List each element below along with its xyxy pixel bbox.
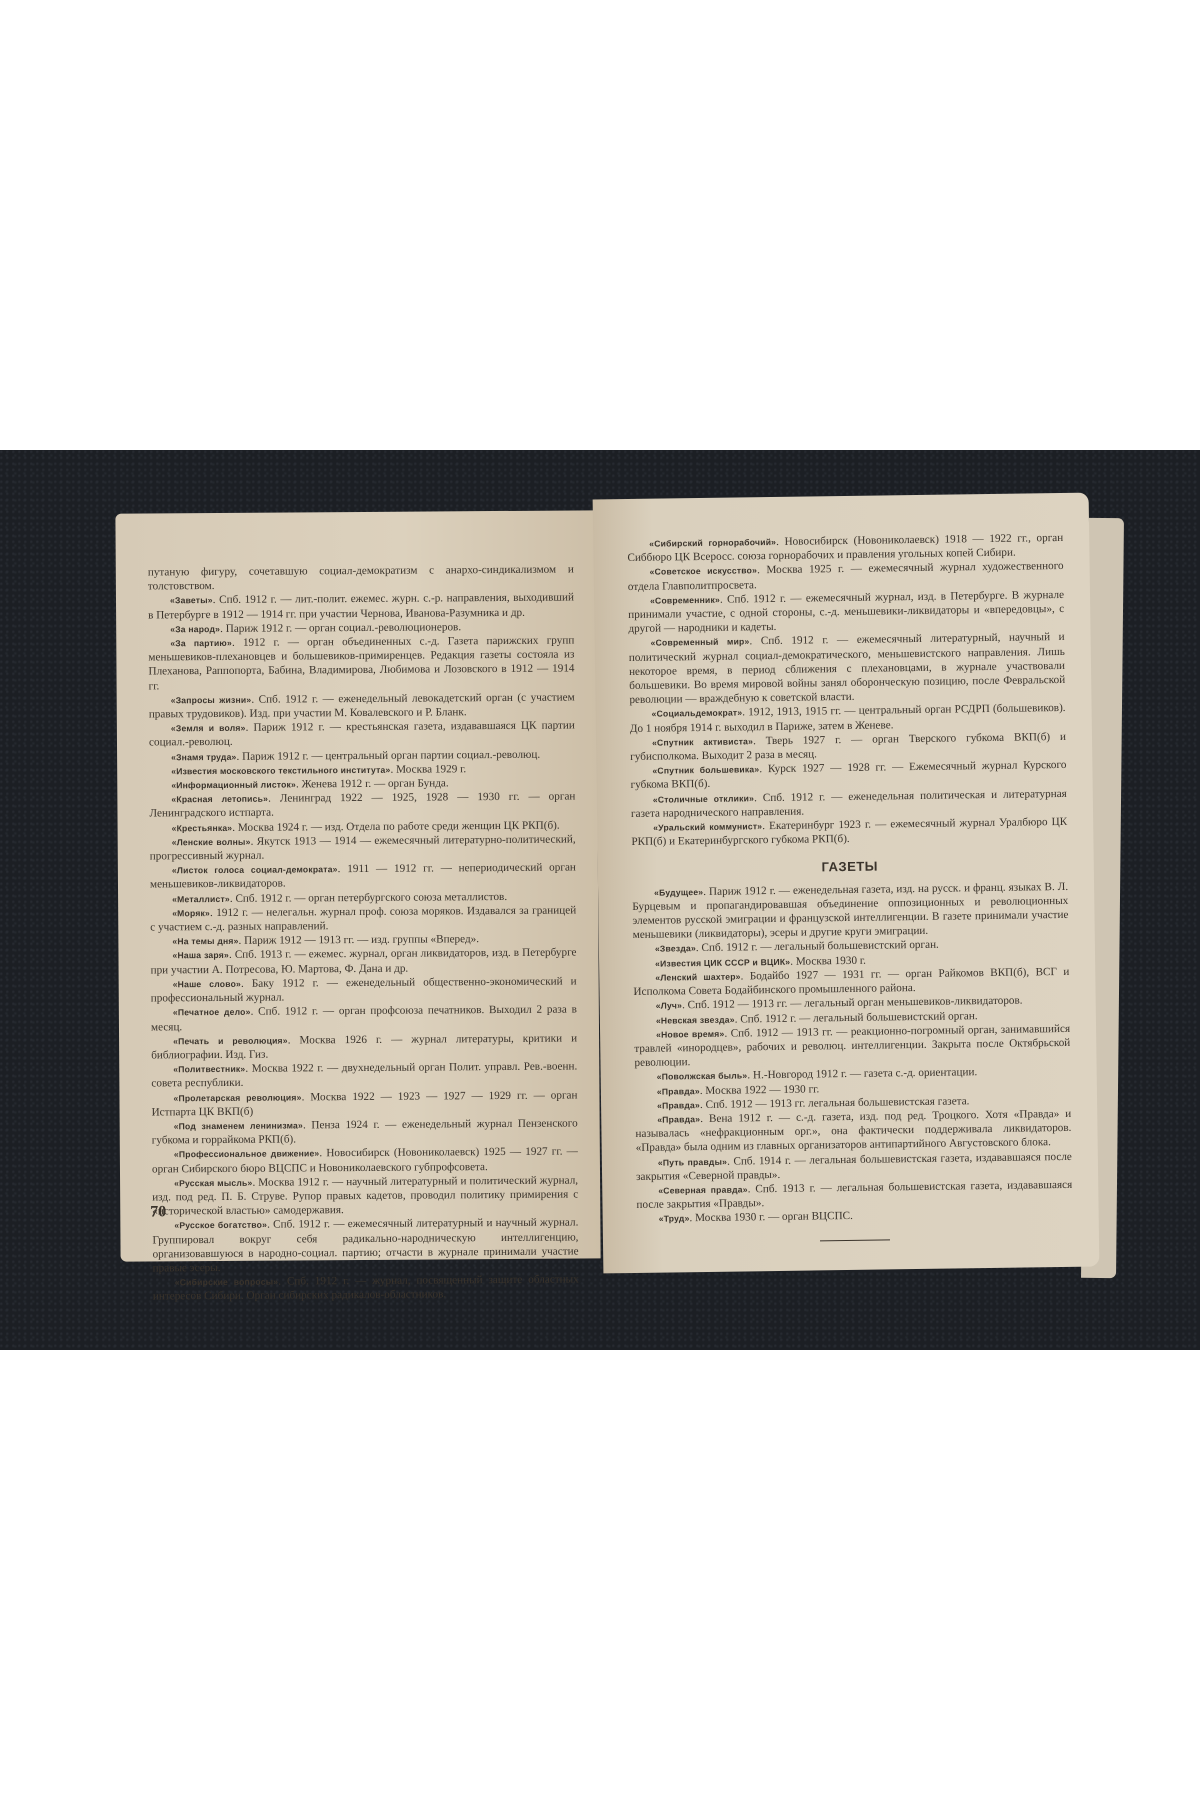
bibliography-entry: «Моряк». 1912 г. — нелегальн. журнал про… [150, 903, 576, 934]
entry-description: . Спб. 1912 г. — орган петербургского со… [230, 891, 507, 905]
entry-description: . Париж 1912 г. — орган социал.-революци… [220, 621, 461, 635]
bibliography-entry: «Наше слово». Баку 1912 г. — еженедельны… [151, 974, 577, 1005]
entry-title: «Земля и воля» [171, 723, 246, 734]
entry-title: «Спутник активиста» [652, 736, 753, 747]
entry-description: . Спб. 1912 г. — лит.-полит. ежемес. жур… [148, 592, 574, 621]
bibliography-entry: «Печать и революция». Москва 1926 г. — ж… [151, 1031, 577, 1062]
entry-title: «За народ» [170, 624, 220, 634]
entry-title: «Под знаменем ленинизма» [174, 1120, 303, 1131]
left-page: путаную фигуру, сочетавшую социал-демокр… [115, 510, 600, 1261]
page-number: 70 [150, 1203, 166, 1221]
bibliography-entry: «Сибирские вопросы». Спб. 1912 г. — журн… [153, 1273, 579, 1304]
entry-description: . Москва 1929 г. [390, 763, 466, 776]
entry-title: «Правда» [657, 1114, 700, 1125]
entry-title: «Труд» [659, 1214, 690, 1224]
bibliography-entry: «Пролетарская революция». Москва 1922 — … [151, 1088, 577, 1119]
bibliography-entry: «Правда». Вена 1912 г. — с.-д. газета, и… [635, 1107, 1072, 1156]
entry-description: . Женева 1912 г. — орган Бунда. [296, 777, 449, 790]
bibliography-entry: «Под знаменем ленинизма». Пенза 1924 г. … [152, 1116, 578, 1147]
entry-title: «Ленский шахтер» [655, 971, 740, 982]
bibliography-entry: «Запросы жизни». Спб. 1912 г. — еженедел… [149, 690, 575, 721]
end-rule [820, 1239, 890, 1241]
entry-title: «Столичные отклики» [653, 793, 754, 804]
bibliography-entry: «Знамя труда». Париж 1912 г. — центральн… [149, 747, 575, 764]
entry-title: «Уральский коммунист» [653, 821, 762, 833]
entry-title: «Современник» [650, 595, 720, 606]
entry-description: . Париж 1912 — 1913 гг. — изд. группы «В… [238, 933, 479, 947]
entry-title: «Будущее» [654, 887, 703, 898]
bibliography-entry: «Наша заря». Спб. 1913 г. — ежемес. журн… [150, 946, 576, 977]
entry-description: . Спб. 1912 г. — легальный большевистски… [696, 939, 939, 954]
entry-title: «На темы дня» [172, 936, 238, 946]
entry-description: . Москва 1924 г. — изд. Отдела по работе… [232, 819, 559, 833]
bibliography-entry: «Современник». Спб. 1912 г. — ежемесячны… [628, 588, 1065, 637]
bibliography-entry: «Русская мысль». Москва 1912 г. — научны… [152, 1173, 578, 1219]
entry-title: «Социальдемократ» [652, 708, 743, 719]
entry-title: «Ленские волны» [172, 837, 251, 848]
bibliography-entry: «Профессиональное движение». Новосибирск… [152, 1145, 578, 1176]
entry-description: . Париж 1912 г. — центральный орган парт… [236, 748, 540, 762]
entry-title: «Сибирские вопросы» [175, 1277, 279, 1288]
bibliography-entry: «Заветы». Спб. 1912 г. — лит.-полит. еже… [148, 591, 574, 622]
entry-title: «Заветы» [170, 595, 213, 605]
entry-title: «Печать и революция» [173, 1035, 288, 1046]
entry-description: . 1912 г. — нелегальн. журнал проф. союз… [150, 904, 576, 933]
entry-title: «Профессиональное движение» [174, 1149, 320, 1160]
entry-description: . Вена 1912 г. — с.-д. газета, изд. под … [635, 1108, 1071, 1154]
entry-description: . Москва 1922 — 1930 гг. [700, 1083, 820, 1097]
entry-title: «Пролетарская революция» [173, 1092, 301, 1103]
entry-title: «Русская мысль» [174, 1177, 252, 1188]
entry-title: «Известия московского текстильного инсти… [171, 765, 390, 777]
entry-title: «Новое время» [656, 1028, 725, 1039]
bibliography-entry: «Красная летопись». Ленинград 1922 — 192… [149, 790, 575, 821]
entry-title: «Правда» [657, 1100, 700, 1111]
bibliography-entry: «Будущее». Париж 1912 г. — еженедельная … [632, 880, 1069, 943]
journals-entries-list: «Сибирский горнорабочий». Новосибирск (Н… [627, 531, 1067, 850]
bibliography-entry: «За партию». 1912 г. — орган объединенны… [148, 633, 574, 693]
entry-title: «Наше слово» [173, 979, 241, 989]
entry-title: «Моряк» [172, 908, 210, 918]
entry-title: «Северная правда» [658, 1184, 748, 1195]
entry-title: «Современный мир» [651, 637, 750, 648]
entry-title: «Сибирский горнорабочий» [649, 537, 776, 549]
entry-title: «Информационный листок» [171, 779, 296, 790]
entry-title: «Красная летопись» [171, 794, 268, 805]
entry-title: «Крестьянка» [172, 823, 233, 833]
left-entries-list: «Заветы». Спб. 1912 г. — лит.-полит. еже… [148, 591, 579, 1304]
entry-description: . Н.-Новгород 1912 г. — газета с.-д. ори… [747, 1066, 977, 1081]
entry-title: «Поволжская быль» [657, 1071, 748, 1082]
bibliography-entry: «Современный мир». Спб. 1912 г. — ежемес… [629, 630, 1066, 707]
bibliography-entry: «Печатное дело». Спб. 1912 г. — орган пр… [151, 1003, 577, 1034]
entry-title: «Политвестник» [173, 1064, 245, 1075]
bibliography-entry: «Ленские волны». Якутск 1913 — 1914 — еж… [150, 832, 576, 863]
section-heading-newspapers: ГАЗЕТЫ [632, 857, 1068, 877]
bibliography-entry: «Русское богатство». Спб. 1912 г. — ежем… [152, 1216, 578, 1276]
entry-description: . Москва 1930 г. — орган ВЦСПС. [689, 1210, 853, 1224]
entry-title: «Наша заря» [172, 950, 229, 960]
entry-title: «Правда» [657, 1086, 700, 1097]
right-page-text: «Сибирский горнорабочий». Новосибирск (Н… [627, 531, 1073, 1244]
bibliography-entry: «Новое время». Спб. 1912 — 1913 гг. — ре… [634, 1022, 1071, 1071]
entry-title: «Металлист» [172, 894, 230, 904]
entry-title: «Звезда» [655, 944, 696, 955]
entry-title: «Советское искусство» [650, 566, 758, 577]
entry-title: «Листок голоса социал-демократа» [172, 864, 338, 875]
bibliography-entry: «Политвестник». Москва 1922 г. — двухнед… [151, 1060, 577, 1091]
entry-title: «Известия ЦИК СССР и ВЦИК» [655, 956, 790, 968]
left-page-text: путаную фигуру, сочетавшую социал-демокр… [148, 562, 579, 1304]
bibliography-entry: «Уральский коммунист». Екатеринбург 1923… [631, 815, 1067, 849]
right-page: «Сибирский горнорабочий». Новосибирск (Н… [593, 493, 1100, 1274]
entry-title: «Русское богатство» [174, 1220, 267, 1231]
bibliography-entry: «Листок голоса социал-демократа». 1911 —… [150, 861, 576, 892]
entry-title: «Спутник большевика» [652, 764, 759, 775]
entry-title: «Печатное дело» [173, 1007, 251, 1018]
entry-description: . Москва 1930 г. [790, 954, 866, 967]
entry-title: «Невская звезда» [656, 1014, 735, 1025]
entry-title: «Знамя труда» [171, 751, 236, 761]
newspapers-entries-list: «Будущее». Париж 1912 г. — еженедельная … [632, 880, 1073, 1227]
opening-paragraph: путаную фигуру, сочетавшую социал-демокр… [148, 562, 574, 593]
entry-title: «За партию» [170, 638, 232, 648]
entry-title: «Луч» [656, 1001, 682, 1011]
entry-title: «Запросы жизни» [171, 695, 252, 706]
bibliography-entry: «Земля и воля». Париж 1912 г. — крестьян… [149, 719, 575, 750]
entry-title: «Путь правды» [658, 1156, 727, 1167]
